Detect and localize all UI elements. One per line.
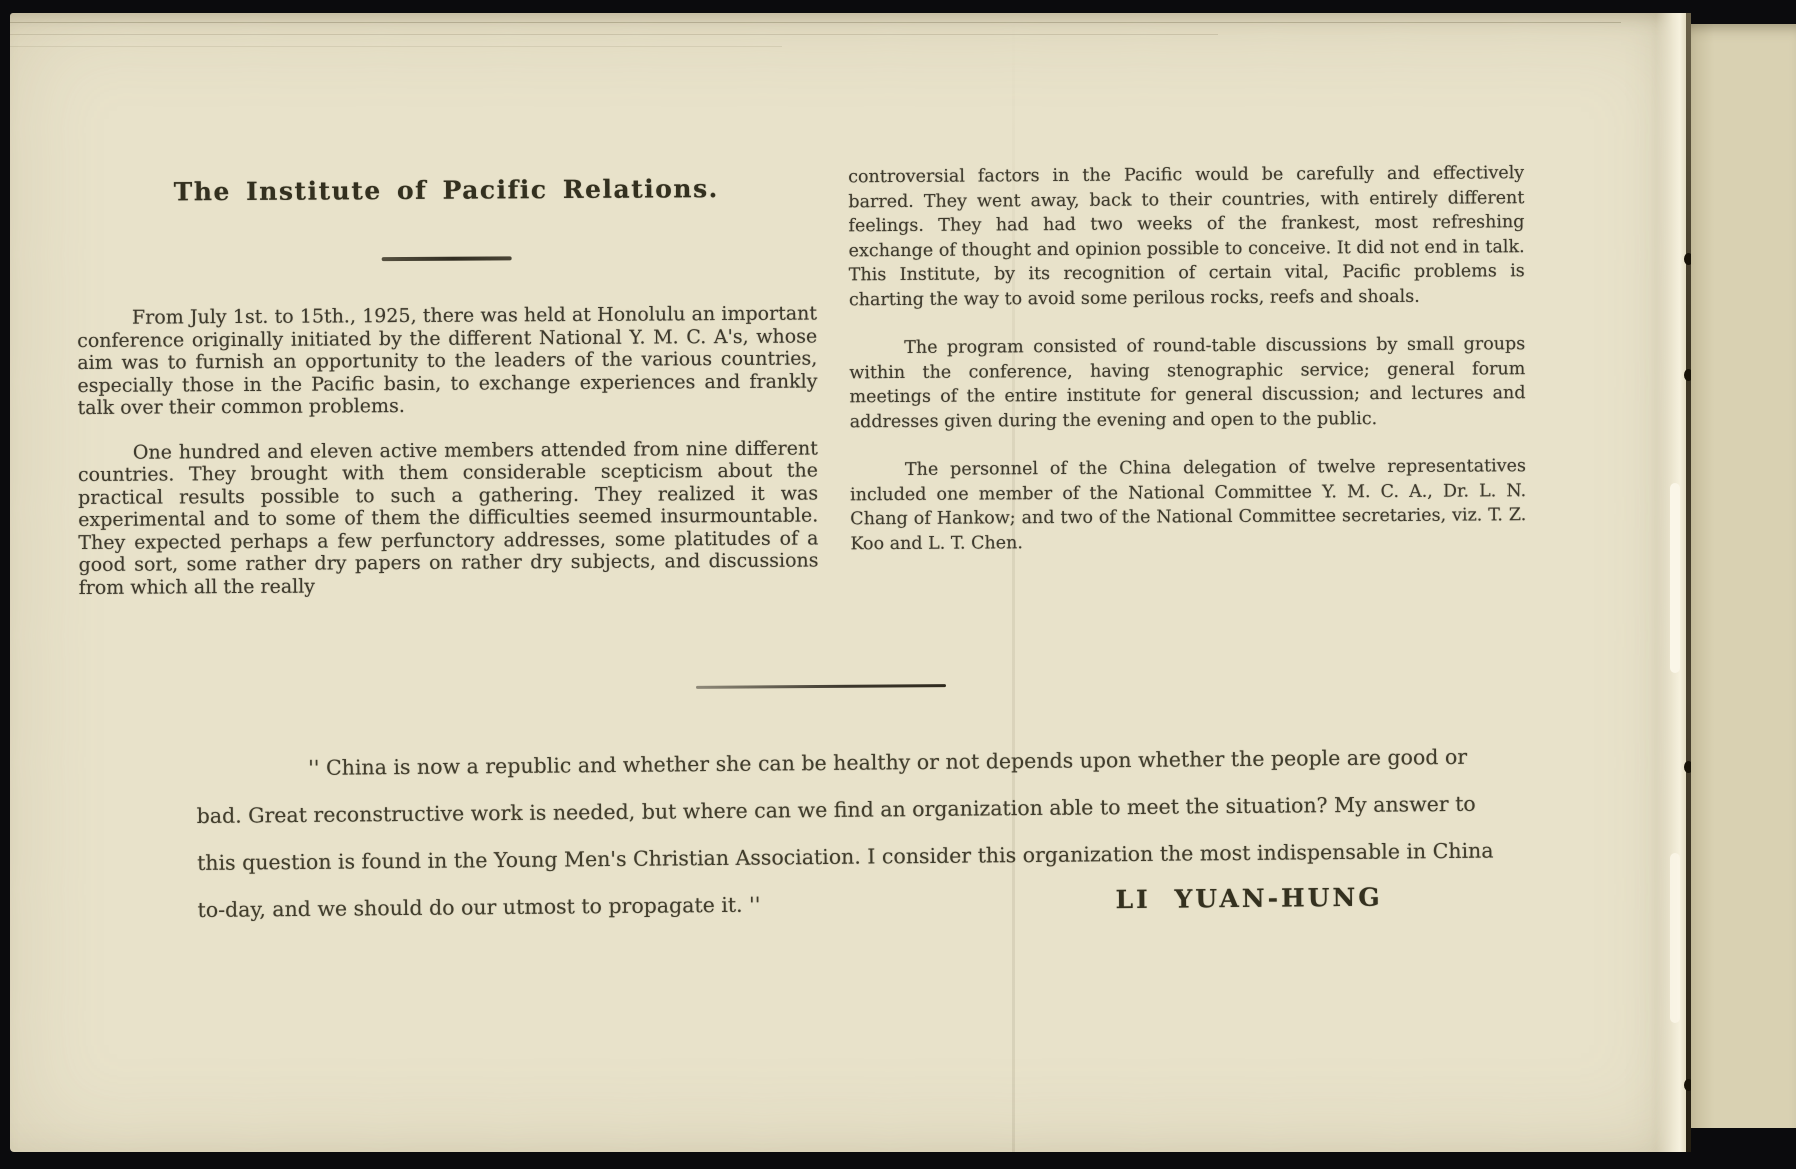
paragraph: controversial factors in the Pacific wou…	[848, 161, 1525, 312]
signature: LI YUAN-HUNG	[1115, 881, 1507, 914]
page-edge-line	[10, 34, 1218, 35]
paragraph: One hundred and eleven active members at…	[78, 437, 819, 599]
adjacent-page-edge	[1691, 24, 1796, 1128]
section-divider	[696, 684, 946, 689]
binding-fore-edge	[1656, 13, 1686, 1152]
title-divider	[382, 256, 512, 261]
left-column: The Institute of Pacific Relations. From…	[76, 145, 819, 621]
page-edge-line	[10, 46, 782, 47]
paper-highlight	[1670, 483, 1680, 673]
paper-highlight	[1670, 853, 1680, 1023]
paragraph: From July 1st. to 15th., 1925, there was…	[77, 302, 818, 419]
right-column: controversial factors in the Pacific wou…	[848, 141, 1527, 616]
paragraph: The personnel of the China delegation of…	[850, 454, 1527, 556]
paragraph: The program consisted of round-table dis…	[849, 332, 1526, 434]
page-edge-line	[10, 22, 1621, 23]
page-content: The Institute of Pacific Relations. From…	[76, 150, 1538, 923]
page-title: The Institute of Pacific Relations.	[76, 173, 816, 207]
two-column-section: The Institute of Pacific Relations. From…	[76, 141, 1541, 621]
quote-block: '' China is now a republic and whether s…	[196, 733, 1508, 923]
